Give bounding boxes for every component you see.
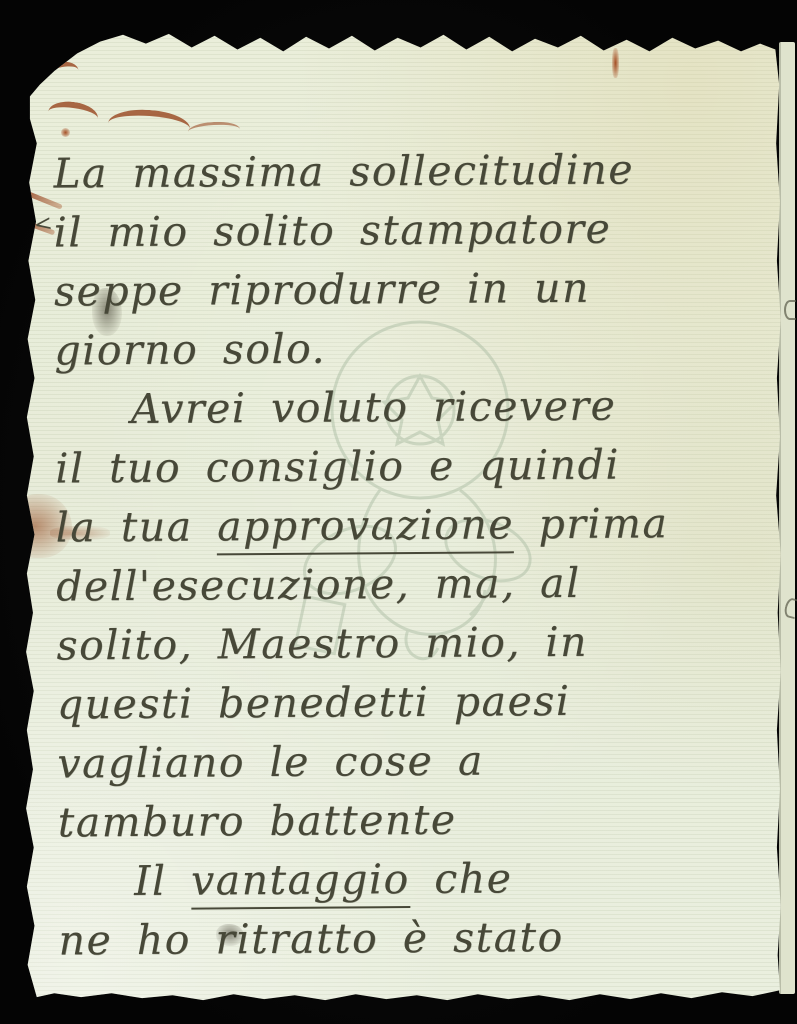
line-text: la tua <box>56 502 218 551</box>
line-text: il mio solito stampatore <box>53 205 611 257</box>
underlined-word: approvazione <box>217 500 514 555</box>
line-text: dell'esecuzione, ma, al <box>56 559 581 611</box>
line-text: seppe riprodurre in un <box>54 264 590 316</box>
letter-paper: < La massima sollecitudineil mio solito … <box>20 26 783 1004</box>
line-text: Il <box>134 857 191 905</box>
handwritten-line: giorno solo. <box>54 317 771 381</box>
underlying-page-edge <box>779 42 795 994</box>
rust-stain-arc <box>45 59 81 88</box>
line-text: giorno solo. <box>54 325 326 375</box>
line-text: ne ho ritratto è stato <box>58 913 563 965</box>
rust-stain-dot-bottom <box>17 956 25 970</box>
line-text: solito, Maestro mio, in <box>56 618 588 670</box>
handwritten-line: il tuo consiglio e quindi <box>55 435 772 499</box>
handwritten-line: il mio solito stampatore <box>53 199 770 263</box>
line-text: vagliano le cose a <box>57 737 484 788</box>
handwritten-line: vagliano le cose a <box>57 729 774 793</box>
rust-stain-dot-top <box>612 48 619 78</box>
line-text: Avrei voluto ricevere <box>131 382 617 433</box>
rust-stain-arc <box>46 99 99 132</box>
handwritten-line: Il vantaggio che <box>58 847 775 911</box>
handwritten-line: tamburo battente <box>58 788 775 852</box>
line-text: che <box>410 854 513 903</box>
handwritten-line: la tua approvazione prima <box>55 493 772 557</box>
line-text: La massima sollecitudine <box>53 145 634 197</box>
letter-text: La massima sollecitudineil mio solito st… <box>53 140 776 1001</box>
line-text: prima <box>514 499 669 548</box>
handwritten-line: solito, Maestro mio, in <box>56 611 773 675</box>
line-text: tamburo battente <box>58 796 457 847</box>
line-text: il tuo consiglio e quindi <box>55 441 620 493</box>
line-text: questi benedetti paesi <box>57 677 571 729</box>
underlying-page-ink-mark <box>784 300 796 320</box>
underlined-word: vantaggio <box>191 855 410 910</box>
handwritten-line: Avrei voluto ricevere <box>55 376 772 440</box>
rust-stain-arc <box>188 121 241 141</box>
handwritten-line: La massima sollecitudine <box>53 140 770 204</box>
handwritten-line: ne ho ritratto è stato <box>58 906 775 970</box>
margin-check-mark: < <box>32 211 54 238</box>
rust-stain-arc <box>107 107 191 145</box>
rust-stain-dot <box>61 128 70 137</box>
photo-background: < La massima sollecitudineil mio solito … <box>0 0 797 1024</box>
handwritten-line: questi benedetti paesi <box>57 670 774 734</box>
handwritten-line: dell'esecuzione, ma, al <box>56 552 773 616</box>
handwritten-line: seppe riprodurre in un <box>54 258 771 322</box>
